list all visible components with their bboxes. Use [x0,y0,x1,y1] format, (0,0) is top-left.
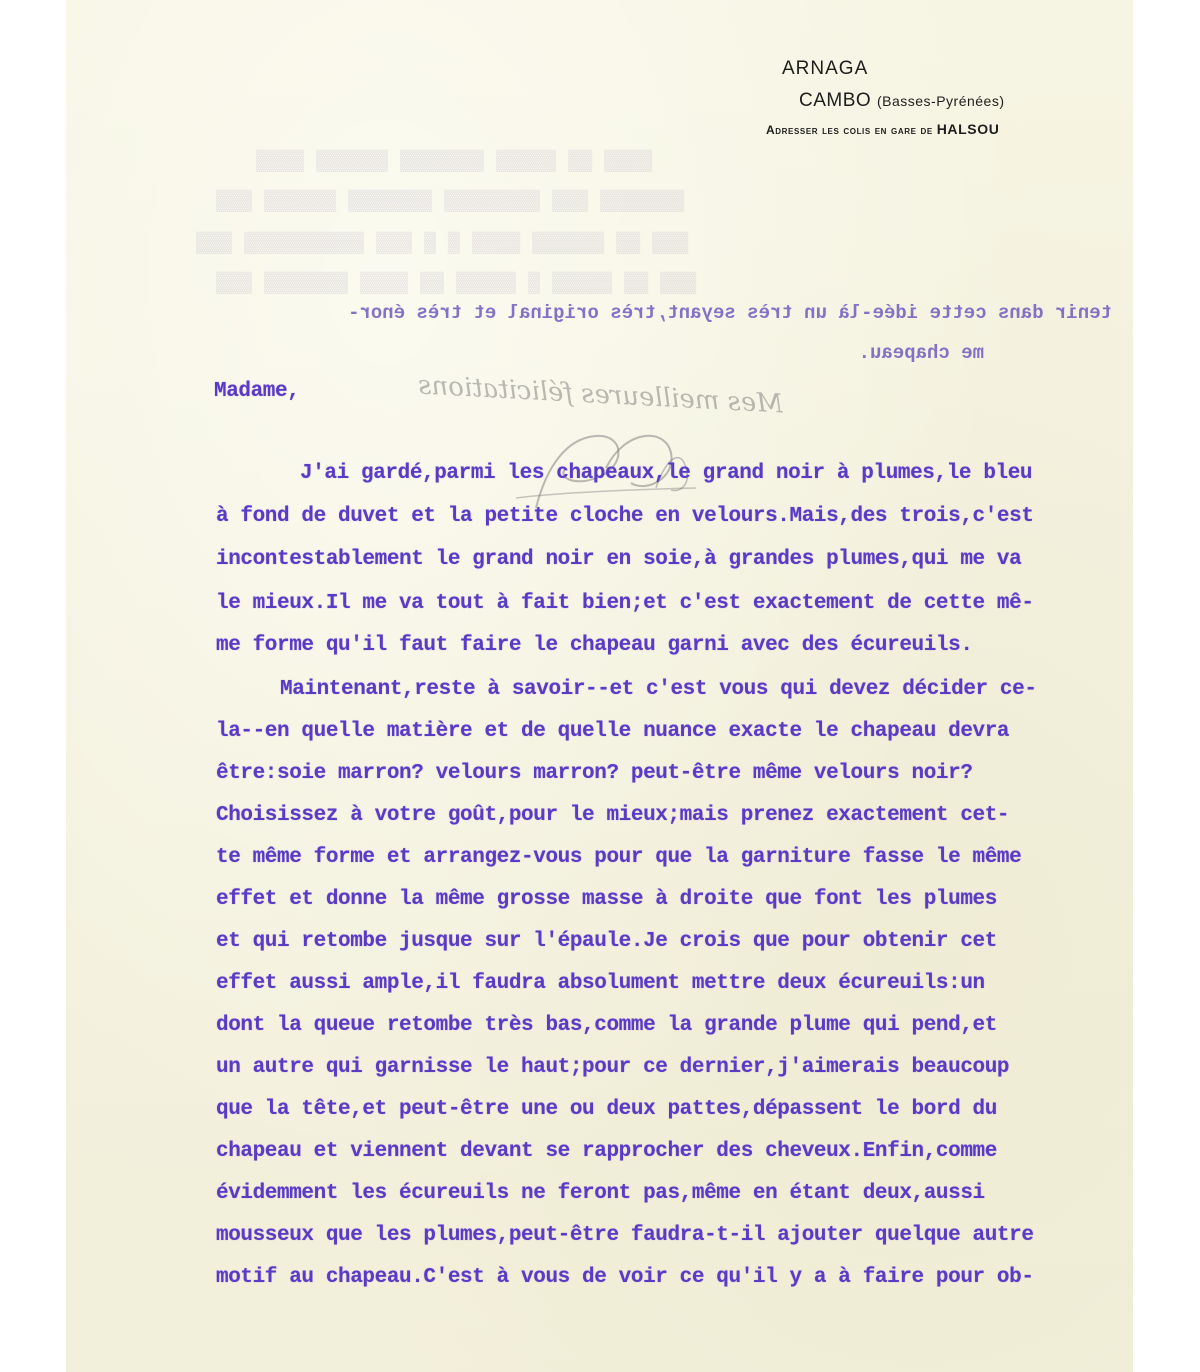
letter-line: chapeau et viennent devant se rapprocher… [216,1140,997,1163]
letterhead-name: ARNAGA [782,58,868,80]
letter-line: la--en quelle matière et de quelle nuanc… [216,720,1009,743]
letter-page: ARNAGA CAMBO (Basses-Pyrénées) Adresser … [66,0,1133,1372]
letter-line: et qui retombe jusque sur l'épaule.Je cr… [216,930,997,953]
letterhead-city: CAMBO (Basses-Pyrénées) [799,90,1005,112]
bleed-through-line-2: me chapeau. [854,342,984,364]
letter-line: dont la queue retombe très bas,comme la … [216,1014,997,1037]
ghost-bleed-line: ▓▓▓ ▓▓ ▓▓▓▓▓ ▓ ▓▓▓▓▓ ▓▓ ▓▓▓▓ ▓▓▓▓▓▓▓ ▓▓▓ [216,272,696,295]
letter-line: te même forme et arrangez-vous pour que … [216,846,1021,869]
ghost-bleed-line: ▓▓▓ ▓▓ ▓▓▓▓▓▓ ▓▓▓▓ ▓ ▓ ▓▓▓ ▓▓▓▓▓▓▓▓▓▓ ▓▓… [196,232,688,255]
pencil-signature-icon [496,398,746,518]
letter-line: à fond de duvet et la petite cloche en v… [216,505,1034,528]
ghost-bleed-line: ▓▓▓▓▓▓▓ ▓▓▓ ▓▓▓▓▓▓▓▓ ▓▓▓▓▓▓▓ ▓▓▓▓▓▓ ▓▓▓ [216,190,684,213]
letterhead-region: (Basses-Pyrénées) [877,93,1005,109]
letter-line: me forme qu'il faut faire le chapeau gar… [216,634,973,657]
bleed-through-line-1: tenir dans cette idée-là un très seyant,… [176,302,1112,324]
letterhead-shipping-note: Adresser les colis en gare de HALSOU [766,121,999,137]
letter-line: J'ai gardé,parmi les chapeaux,le grand n… [300,462,1032,485]
letter-line: évidemment les écureuils ne feront pas,m… [216,1182,985,1205]
salutation: Madame, [214,380,299,403]
letter-line: que la tête,et peut-être une ou deux pat… [216,1098,997,1121]
letter-line: effet aussi ample,il faudra absolument m… [216,972,985,995]
letter-line: un autre qui garnisse le haut;pour ce de… [216,1056,1009,1079]
letter-line: incontestablement le grand noir en soie,… [216,548,1021,571]
letter-line: mousseux que les plumes,peut-être faudra… [216,1224,1034,1247]
letter-line: le mieux.Il me va tout à fait bien;et c'… [216,592,1034,615]
letter-line: motif au chapeau.C'est à vous de voir ce… [216,1266,1034,1289]
letter-line: être:soie marron? velours marron? peut-ê… [216,762,973,785]
letter-line: effet et donne la même grosse masse à dr… [216,888,997,911]
ghost-bleed-line: ▓▓▓▓ ▓▓ ▓▓▓▓▓ ▓▓▓▓▓▓▓ ▓▓▓▓▓▓ ▓▓▓▓ [256,150,652,173]
letterhead-city-name: CAMBO [799,90,871,111]
letter-line: Choisissez à votre goût,pour le mieux;ma… [216,804,1009,827]
letterhead-note-station: HALSOU [937,121,1000,137]
letter-line: Maintenant,reste à savoir--et c'est vous… [280,678,1037,701]
letterhead-note-prefix: Adresser les colis en gare de [766,123,937,137]
